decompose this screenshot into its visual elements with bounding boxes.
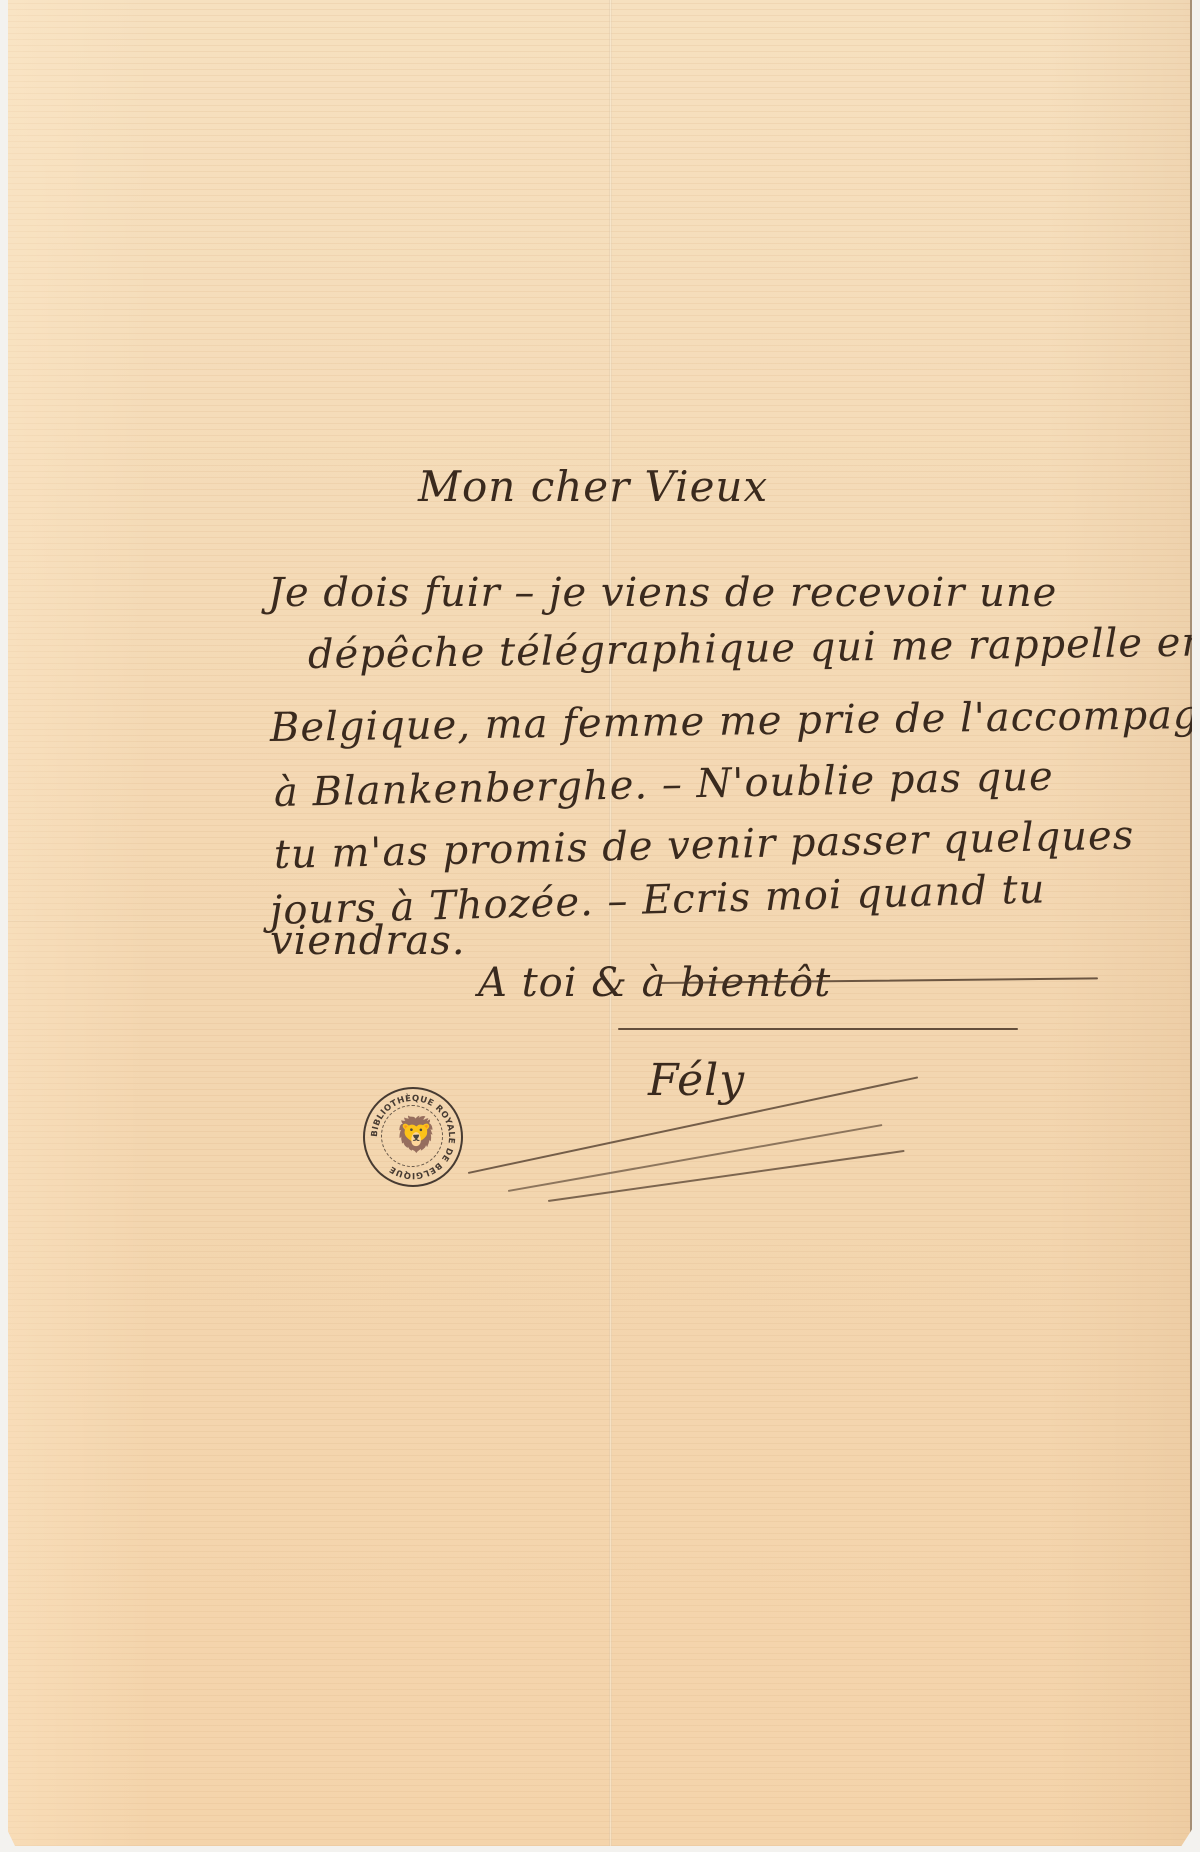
closing: A toi & à bientôt <box>478 960 831 1006</box>
body-line-7: viendras. <box>270 918 466 964</box>
body-line-3: Belgique, ma femme me prie de l'accompag… <box>270 691 1200 751</box>
signature-overline-flourish <box>618 1028 1018 1030</box>
lion-icon: 🦁 <box>395 1115 437 1155</box>
library-stamp: BIBLIOTHÈQUE ROYALE DE BELGIQUE 🦁 <box>363 1087 463 1187</box>
handwritten-letter: Mon cher Vieux Je dois fuir – je viens d… <box>8 0 1190 1846</box>
salutation: Mon cher Vieux <box>418 462 768 511</box>
signature-flourish-2 <box>508 1124 883 1192</box>
letter-paper: Mon cher Vieux Je dois fuir – je viens d… <box>8 0 1192 1846</box>
scanned-page: Mon cher Vieux Je dois fuir – je viens d… <box>0 0 1200 1852</box>
body-line-2: dépêche télégraphique qui me rappelle en <box>308 619 1200 678</box>
signature-flourish-3 <box>548 1150 905 1202</box>
signature: Fély <box>648 1055 745 1106</box>
body-line-4: à Blankenberghe. – N'oublie pas que <box>274 754 1055 816</box>
body-line-1: Je dois fuir – je viens de recevoir une <box>268 570 1057 616</box>
